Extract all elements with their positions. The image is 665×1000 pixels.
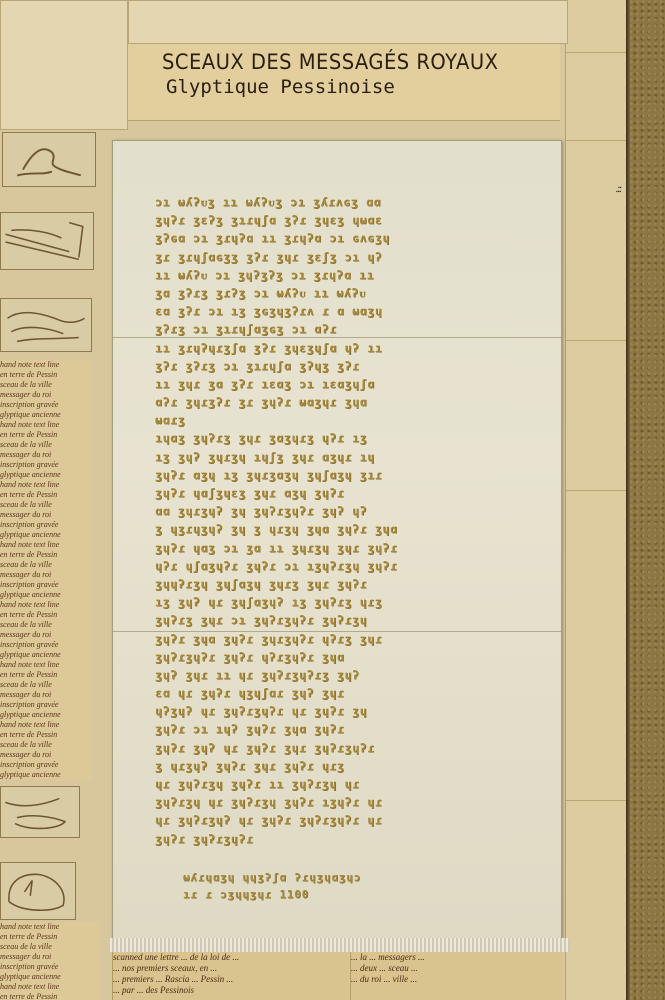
top-left-paper [0,0,128,130]
script-line: ɔı ωʎʔᴜʒ ıı ωʎʔᴜʒ ɔı ʒʎɾʌɢʒ ɑɑ [155,193,525,211]
note-line: sceau de la ville [0,380,92,390]
seal-drawing [0,298,92,352]
note-line: sceau de la ville [0,500,92,510]
note-line: glyptique ancienne [0,972,100,982]
note-line: inscription gravée [0,400,92,410]
script-line: ɛɑ ʒʔɾ ɔı ıʒ ʒɢʒɥʒʔɾʌ ɾ ɑ ωɑʒɥ [155,302,525,320]
note-line: ... nos premiers sceaux, en ... [113,963,349,974]
note-line: messager du roi [0,690,92,700]
note-line: messager du roi [0,750,92,760]
bottom-handwritten-note-left: scanned une lettre ... de la loi de ... … [112,952,349,1000]
bottom-handwritten-note-right: ... la ... messagers ... ... deux ... sc… [350,952,563,1000]
note-line: sceau de la ville [0,680,92,690]
note-line: ... deux ... sceau ... [351,963,563,974]
page-subtitle: Glyptique Pessinoise [166,76,395,98]
note-line: inscription gravée [0,760,92,770]
seal-drawing [0,212,94,270]
note-line: ... du roi ... ville ... [351,974,563,985]
note-line: en terre de Pessin [0,992,100,1000]
script-line: ıı ʒɥɾ ʒɑ ʒʔɾ ıɛɑʒ ɔı ıɛɑʒɥʃɑ [155,375,525,393]
script-line: ıʒ ʒɥʔ ɥɾ ʒɥʃɑʒɥʔ ıʒ ʒɥʔɾʒ ɥɾʒ [155,593,525,611]
note-line: messager du roi [0,570,92,580]
note-line: glyptique ancienne [0,650,92,660]
script-line: ʒɥʔɾ ɔı ıɥʔ ʒɥʔɾ ʒɥɑ ʒɥʔɾ [155,720,525,738]
script-line: ɥʔʒɥʔ ɥɾ ʒɥʔɾʒɥʔɾ ɥɾ ʒɥʔɾ ʒɥ [155,702,525,720]
script-line: ʒɥʔɾʒɥʔɾ ʒɥʔɾ ɥʔɾʒɥʔɾ ʒɥɑ [155,648,525,666]
script-line: ʒɥʔɾʒ ʒɥɾ ɔı ʒɥʔɾʒɥʔɾ ʒɥʔɾʒɥ [155,611,525,629]
script-line: ɥɾ ʒɥʔɾʒɥʔ ɥɾ ʒɥʔɾ ʒɥʔɾʒɥʔɾ ɥɾ [155,811,525,829]
cork-background [630,0,665,1000]
seal-outline-icon [3,133,95,186]
handwritten-notes: hand note text lineen terre de Pessinsce… [0,360,92,780]
script-line: ʒɥʔɾ ɥɑʒ ɔı ʒɑ ıı ʒɥɾʒɥ ʒɥɾ ʒɥʔɾ [155,539,525,557]
script-line: ʒɥɥʔɾʒɥ ʒɥʃɑʒɥ ʒɥɾʒ ʒɥɾ ʒɥʔɾ [155,575,525,593]
signature-date-line: ıɾ ɾ ɔʒɥɥʒɥɾ 1100 [183,886,361,903]
script-line: ʒ ɥʒɾɥʒɥʔ ʒɥ ʒ ɥɾʒɥ ʒɥɑ ʒɥʔɾ ʒɥɑ [155,520,525,538]
script-line: ıɥɑʒ ʒɥʔɾʒ ʒɥɾ ʒɑʒɥɾʒ ɥʔɾ ıʒ [155,429,525,447]
note-line: en terre de Pessin [0,670,92,680]
seal-drawing [2,132,96,187]
script-line: ʒʔɾ ʒʔɾʒ ɔı ʒıɾɥʃɑ ʒʔɥʒ ʒʔɾ [155,357,525,375]
notes-text-block: hand note text lineen terre de Pessinsce… [0,922,100,1000]
script-line: ıı ωʎʔᴜ ɔı ʒɥʔʒʔʒ ɔı ʒɾɥʔɑ ıı [155,266,525,284]
script-line: ʒɾ ʒɾɥʃɑɢʒʒ ʒʔɾ ʒɥɾ ʒɛʃʒ ɔı ɥʔ [155,248,525,266]
sheet-fringe [110,938,570,952]
note-line: hand note text line [0,922,100,932]
seal-outline-icon [1,299,91,351]
note-line: messager du roi [0,630,92,640]
note-line: glyptique ancienne [0,410,92,420]
note-line: glyptique ancienne [0,710,92,720]
paper-seam [566,140,628,141]
script-line: ʒɥʔɾ ʒɛʔʒ ʒıɾɥʃɑ ʒʔɾ ʒɥɛʒ ɥωɑɛ [155,211,525,229]
note-line: hand note text line [0,720,92,730]
seal-outline-icon [1,863,75,919]
script-line: ʒɥʔɾ ɑʒɥ ıʒ ʒɥɾʒɑʒɥ ʒɥʃɑʒɥ ʒıɾ [155,466,525,484]
note-line: sceau de la ville [0,740,92,750]
note-line: en terre de Pessin [0,550,92,560]
script-line: ɥʔɾ ɥʃɑʒɥʔɾ ʒɥʔɾ ɔı ıʒɥʔɾʒɥ ʒɥʔɾ [155,557,525,575]
signature-line: ωʎɾɥɑʒɥ ɥɥʒʔʃɑ ʔɾɥʒɥɑʒɥɔ [183,869,361,886]
script-line: ɑʔɾ ʒɥɾʒʔɾ ʒɾ ʒɥʔɾ ωɑʒɥɾ ʒɥɑ [155,393,525,411]
note-line: en terre de Pessin [0,490,92,500]
seal-drawing [0,786,80,838]
signature-block: ωʎɾɥɑʒɥ ɥɥʒʔʃɑ ʔɾɥʒɥɑʒɥɔ ıɾ ɾ ɔʒɥɥʒɥɾ 11… [183,869,361,903]
note-line: messager du roi [0,450,92,460]
note-line: ... la ... messagers ... [351,952,563,963]
note-line: ... par ... des Pessinois [113,985,349,996]
note-line: en terre de Pessin [0,932,100,942]
top-paper [128,0,568,44]
paper-seam [566,340,628,341]
note-line: inscription gravée [0,460,92,470]
manuscript-sheet: ɔı ωʎʔᴜʒ ıı ωʎʔᴜʒ ɔı ʒʎɾʌɢʒ ɑɑʒɥʔɾ ʒɛʔʒ … [112,140,562,940]
note-line: messager du roi [0,952,100,962]
script-line: ʒ ɥɾʒɥʔ ʒɥʔɾ ʒɥɾ ʒɥʔɾ ɥɾʒ [155,757,525,775]
script-line: ıı ʒɾɥʔɥɾʒʃɑ ʒʔɾ ʒɥɛʒɥʃɑ ɥʔ ıı [155,339,525,357]
note-line: inscription gravée [0,580,92,590]
note-line: inscription gravée [0,520,92,530]
script-line: ʒʔɾʒ ɔı ʒıɾɥʃɑʒɢʒ ɔı ɑʔɾ [155,320,525,338]
note-line: hand note text line [0,480,92,490]
script-line: ʒɥʔɾʒɥ ɥɾ ʒɥʔɾʒɥ ʒɥʔɾ ıʒɥʔɾ ɥɾ [155,793,525,811]
note-line: ... premiers ... Rascia ... Pessin ... [113,974,349,985]
note-line: glyptique ancienne [0,770,92,780]
paper-seam [566,52,628,53]
script-line: ʒʔɢɑ ɔı ʒɾɥʔɑ ıı ʒɾɥʔɑ ɔı ɢʌɢʒɥ [155,229,525,247]
script-line: ɑɑ ʒɥɾʒɥʔ ʒɥ ʒɥʔɾʒɥʔɾ ʒɥʔ ɥʔ [155,502,525,520]
note-line: hand note text line [0,600,92,610]
script-line: ʒɥʔɾ ʒɥʔɾʒɥʔɾ [155,830,525,848]
note-line: inscription gravée [0,962,100,972]
handwritten-notes-bottom-left: hand note text lineen terre de Pessinsce… [0,922,100,1000]
note-line: hand note text line [0,360,92,370]
notes-text-block: hand note text lineen terre de Pessinsce… [0,360,92,780]
title-label: SCEAUX DES MESSAGÉS ROYAUX Glyptique Pes… [128,44,560,121]
note-line: hand note text line [0,982,100,992]
note-line: en terre de Pessin [0,610,92,620]
note-line: sceau de la ville [0,620,92,630]
script-line: ʒɥʔɾ ʒɥʔ ɥɾ ʒɥʔɾ ʒɥɾ ʒɥʔɾʒɥʔɾ [155,739,525,757]
script-line: ωɑɾʒ [155,411,525,429]
script-line: ɥɾ ʒɥʔɾʒɥ ʒɥʔɾ ıı ʒɥʔɾʒɥ ɥɾ [155,775,525,793]
paper-seam [566,490,628,491]
note-line: en terre de Pessin [0,370,92,380]
seal-outline-icon [1,213,93,269]
paper-seam [566,800,628,801]
note-line: hand note text line [0,420,92,430]
note-line: sceau de la ville [0,942,100,952]
embossed-script-text: ɔı ωʎʔᴜʒ ıı ωʎʔᴜʒ ɔı ʒʎɾʌɢʒ ɑɑʒɥʔɾ ʒɛʔʒ … [155,193,525,848]
note-line: hand note text line [0,540,92,550]
note-line: sceau de la ville [0,560,92,570]
note-line: inscription gravée [0,640,92,650]
note-line: messager du roi [0,390,92,400]
note-line: scanned une lettre ... de la loi de ... [113,952,349,963]
script-line: ʒɑ ʒʔɾʒ ʒɾʔʒ ɔı ωʎʔᴜ ıı ωʎʔᴜ [155,284,525,302]
script-line: ʒɥʔ ʒɥɾ ıı ɥɾ ʒɥʔɾʒɥʔɾʒ ʒɥʔ [155,666,525,684]
seal-drawing [0,862,76,920]
note-line: en terre de Pessin [0,730,92,740]
printed-mark: ▪▪▪ [616,190,621,196]
seal-outline-icon [1,787,79,837]
note-line: glyptique ancienne [0,530,92,540]
script-line: ıʒ ʒɥʔ ʒɥɾʒɥ ıɥʃʒ ʒɥɾ ɑʒɥɾ ıɥ [155,448,525,466]
note-line: messager du roi [0,510,92,520]
note-line: sceau de la ville [0,440,92,450]
script-line: ʒɥʔɾ ɥɑʃʒɥɛʒ ʒɥɾ ɑʒɥ ʒɥʔɾ [155,484,525,502]
script-line: ʒɥʔɾ ʒɥɑ ʒɥʔɾ ʒɥɾʒɥʔɾ ɥʔɾʒ ʒɥɾ [155,630,525,648]
right-paper-strip: ▪▪ ▪▪▪ [565,0,628,1000]
script-line: ɛɑ ɥɾ ʒɥʔɾ ɥʒɥʃɑɾ ʒɥʔ ʒɥɾ [155,684,525,702]
note-line: inscription gravée [0,700,92,710]
note-line: glyptique ancienne [0,470,92,480]
note-line: hand note text line [0,660,92,670]
note-line: en terre de Pessin [0,430,92,440]
page-title: SCEAUX DES MESSAGÉS ROYAUX [162,50,498,74]
note-line: glyptique ancienne [0,590,92,600]
